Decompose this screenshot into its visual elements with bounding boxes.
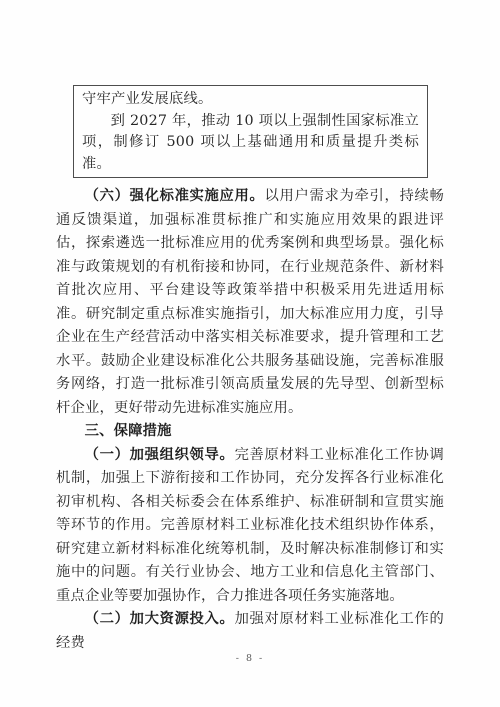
paragraph-six-text: 以用户需求为牵引，持续畅通反馈渠道，加强标准贯标推广和实施应用效果的跟进评估，探… (56, 188, 444, 416)
document-page: 守牢产业发展底线。 到 2027 年，推动 10 项以上强制性国家标准立项，制修… (0, 0, 500, 707)
paragraph-two-lead: （二）加大资源投入。 (85, 611, 235, 627)
goal-box-target-2027: 到 2027 年，推动 10 项以上强制性国家标准立项，制修订 500 项以上基… (82, 111, 419, 176)
paragraph-one-text: 完善原材料工业标准化工作协调机制，加强上下游衔接和工作协同，充分发挥各行业标准化… (56, 447, 444, 604)
goal-box-line-continuation: 守牢产业发展底线。 (82, 89, 419, 111)
goal-highlight-box: 守牢产业发展底线。 到 2027 年，推动 10 项以上强制性国家标准立项，制修… (73, 85, 428, 178)
section-heading-safeguards: 三、保障措施 (56, 420, 444, 444)
paragraph-six-lead: （六）强化标准实施应用。 (85, 188, 265, 204)
paragraph-one-leadership: （一）加强组织领导。完善原材料工业标准化工作协调机制，加强上下游衔接和工作协同，… (56, 444, 444, 609)
paragraph-two-resources: （二）加大资源投入。加强对原材料工业标准化工作的经费 (56, 608, 444, 655)
paragraph-one-lead: （一）加强组织领导。 (85, 447, 235, 463)
document-content: 守牢产业发展底线。 到 2027 年，推动 10 项以上强制性国家标准立项，制修… (56, 85, 444, 655)
page-number: - 8 - (0, 653, 500, 665)
paragraph-six-implementation: （六）强化标准实施应用。以用户需求为牵引，持续畅通反馈渠道，加强标准贯标推广和实… (56, 185, 444, 420)
